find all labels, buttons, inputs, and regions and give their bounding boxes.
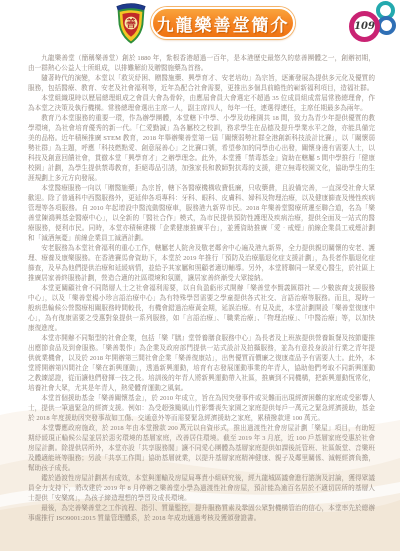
lok-sin-tong-crest-logo: 善 [112,1,150,46]
body-paragraph: 最後，為完善樂善堂之工作流程、指引、質量監控，提升服務質素及鞏固公眾對機構管治的… [28,504,375,524]
page-number: 109 [354,21,375,32]
body-paragraph: 九龍樂善堂（簡稱樂善堂）創於 1880 年，紮根香港超過一百年，是本港歷史最悠久… [28,54,375,74]
document-page: 善 九龍樂善堂簡介 109 九龍樂善堂（簡稱樂善堂）創於 1880 年，紮根香港… [0,0,400,551]
body-paragraph: 本堂更關顧社會不同階層人士之社會福利需要，以自負盈虧形式開辦「樂善堂李賢義匯群社… [28,284,375,334]
page-number-badge: 109 [340,0,400,50]
body-paragraph: 隨著時代的演變，本堂以「救災紓困、贈醫施藥、興學育才、安老培幼」為宗旨，逐漸發展… [28,74,375,94]
body-paragraph: 安老服務為本堂社會福利的重心工作，轄屬老人院舍及敬老鄰舍中心遍及港九新界，全力提… [28,244,375,284]
body-text: 九龍樂善堂（簡稱樂善堂）創於 1880 年，紮根香港超過一百年，是本港歷史最悠久… [28,54,375,524]
body-paragraph: 本堂醫療服務一向以「贈醫施藥」為宗旨，轄下各醫療機構收費低廉，只收藥費，且設備完… [28,184,375,244]
body-paragraph: 本堂首個援助基金「樂善關懷基金」，於 2010 年成立，旨在為因突發事件或災難而… [28,394,375,424]
crest-glyph: 善 [126,17,136,30]
page-title: 九龍樂善堂簡介 [157,11,290,36]
page-header: 善 九龍樂善堂簡介 109 [0,0,400,50]
page-title-banner: 九龍樂善堂簡介 [151,7,295,39]
decorative-circle-magenta: 109 [349,11,380,42]
body-paragraph: 教育乃本堂服務的重要一環，作為辦學團體，本堂轄下中學、小學及幼稚園共 18 間，… [28,114,375,184]
body-paragraph: 本堂組織現時以歷屆總理組成之會員大會為骨幹，由應屆會員大會選定不超過 35 位成… [28,94,375,114]
body-paragraph: 本堂亦開辦不同類型的社會企業，包括「樂『膳』堂營養膳食服務中心」為長者及上班族提… [28,334,375,394]
body-paragraph: 鑑於過渡性房屋計劃甚有成效，本堂與運輸及房屋局專責小組研究後，經九龍城區議會進行… [28,474,375,504]
body-paragraph: 本堂響應政府施政，於 2018 年由本堂撥款 200 萬元以自資形式，推出過渡性… [28,424,375,474]
